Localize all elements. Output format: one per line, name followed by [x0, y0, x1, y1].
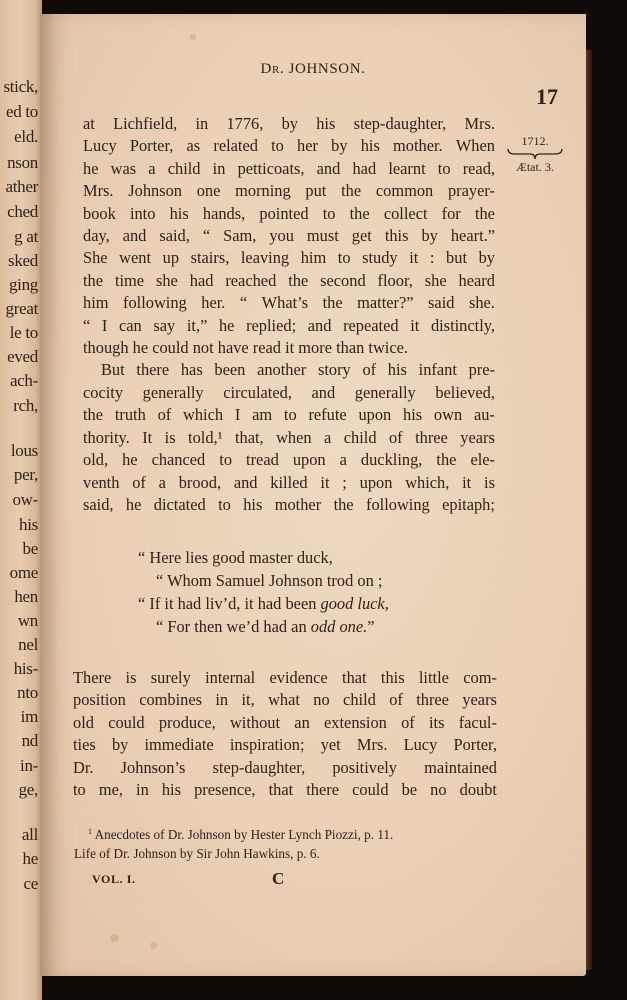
previous-page-text-fragment: rch,: [13, 397, 38, 414]
previous-page-text-fragment: he: [23, 850, 38, 867]
text-line: Thereissurelyinternalevidencethatthislit…: [73, 667, 497, 689]
previous-page-text-fragment: ed to: [6, 103, 38, 120]
running-head: DR. JOHNSON.: [40, 61, 586, 78]
margin-note-year: 1712.: [502, 134, 568, 148]
previous-page-text-fragment: ched: [7, 203, 38, 220]
previous-page-text-fragment: all: [22, 826, 38, 843]
paper-stain: [110, 934, 119, 942]
previous-page-text-fragment: lous: [11, 442, 38, 459]
previous-page-text-fragment: eld.: [14, 128, 38, 145]
margin-note-age: Ætat. 3.: [502, 160, 568, 174]
text-line: tiesbyimmediateinspiration;yetMrs.LucyPo…: [73, 734, 497, 756]
text-line: cocitygenerallycirculated,andgenerallybe…: [83, 382, 495, 404]
text-line: venthofabrood,andkilledit;uponwhich,itis: [83, 472, 495, 494]
text-line: himfollowingher.“What’sthematter?”saidsh…: [83, 292, 495, 314]
running-head-initial: D: [261, 61, 272, 77]
previous-page-text-fragment: nd: [22, 732, 38, 749]
footnote-2: Life of Dr. Johnson by Sir John Hawkins,…: [74, 844, 494, 863]
text-line: bookintohishands,pointedtothecollectfort…: [83, 203, 495, 225]
text-line: oldcouldproduce,withoutanextensionofitsf…: [73, 712, 497, 734]
previous-page-text-fragment: in-: [20, 757, 38, 774]
footnote-1: 1 Anecdotes of Dr. Johnson by Hester Lyn…: [74, 822, 494, 844]
previous-page-text-fragment: his: [19, 516, 38, 533]
previous-page-text-fragment: sked: [8, 252, 38, 269]
signature-row: VOL. I. C: [92, 869, 392, 891]
text-line: said,hedictatedtohismotherthefollowingep…: [83, 494, 495, 516]
previous-page-text-fragment: great: [6, 300, 38, 317]
previous-page-text-fragment: nel: [18, 636, 38, 653]
running-head-smallcap: R: [272, 64, 280, 76]
previous-page-text-fragment: ge,: [19, 781, 38, 798]
previous-page-text-fragment: ging: [9, 276, 38, 293]
previous-page-text-fragment: stick,: [3, 78, 38, 95]
text-line: though he could not have read it more th…: [83, 337, 495, 359]
previous-page-text-fragment: le to: [10, 324, 38, 341]
margin-note: 1712. Ætat. 3.: [502, 134, 568, 174]
previous-page-text-fragment: ce: [24, 875, 39, 892]
paragraph-3: Thereissurelyinternalevidencethatthislit…: [73, 667, 497, 801]
text-line: “Icansayit,”hereplied;andrepeateditdisti…: [83, 315, 495, 337]
text-line: day,andsaid,“Sam,youmustgetthisbyheart.”: [83, 225, 495, 247]
text-line: atLichfield,in1776,byhisstep-daughter,Mr…: [83, 113, 495, 135]
page-fore-edge: [586, 50, 592, 970]
verse-line: “ Whom Samuel Johnson trod on ;: [138, 569, 458, 592]
volume-label: VOL. I.: [92, 872, 136, 887]
text-line: Buttherehasbeenanotherstoryofhisinfantpr…: [83, 359, 495, 381]
previous-page-text-fragment: ather: [6, 178, 38, 195]
previous-page-text-fragment: ome: [10, 564, 38, 581]
previous-page-text-fragment: eved: [7, 348, 38, 365]
verse-line: “ Here lies good master duck,: [138, 546, 458, 569]
page-number: 17: [536, 84, 558, 110]
paper-stain: [150, 942, 157, 949]
text-line: LucyPorter,asrelatedtoherbyhismother.Whe…: [83, 135, 495, 157]
text-line: Dr.Johnson’sstep-daughter,positivelymain…: [73, 757, 497, 779]
text-line: thority.Itistold,¹that,whenachildofthree…: [83, 427, 495, 449]
previous-page-text-fragment: nson: [7, 154, 38, 171]
text-line: Shewentupstairs,leavinghimtostudyit:butb…: [83, 247, 495, 269]
text-line: positioncombinesinit,whatnochildofthreey…: [73, 689, 497, 711]
previous-page-text-fragment: hen: [14, 588, 38, 605]
previous-page-text-fragment: be: [23, 540, 38, 557]
text-line: Mrs.Johnsononemorningputthecommonprayer-: [83, 180, 495, 202]
previous-page-text-fragment: ach-: [10, 372, 38, 389]
previous-page-text-fragment: im: [21, 708, 38, 725]
signature-mark: C: [272, 869, 284, 889]
text-line: tome,inhispresence,thattherecouldbenodou…: [73, 779, 497, 801]
paragraph-1: atLichfield,in1776,byhisstep-daughter,Mr…: [83, 113, 495, 516]
previous-page-edge: stick,ed toeld.nsonatherchedg atskedging…: [0, 0, 42, 1000]
previous-page-text-fragment: ow-: [12, 491, 38, 508]
previous-page-text-fragment: g at: [14, 228, 38, 245]
previous-page-text-fragment: his-: [14, 660, 38, 677]
text-line: thetimeshehadreachedthesecondfloor,shehe…: [83, 270, 495, 292]
previous-page-text-fragment: per,: [14, 466, 38, 483]
text-line: old,hechancedtotreaduponaduckling,theele…: [83, 449, 495, 471]
text-line: hewasachildinpetticoats,andhadlearnttore…: [83, 158, 495, 180]
curly-brace-icon: [507, 148, 563, 160]
verse-line: “ For then we’d had an odd one.”: [138, 615, 458, 638]
verse-line: “ If it had liv’d, it had been good luck…: [138, 592, 458, 615]
footnotes: 1 Anecdotes of Dr. Johnson by Hester Lyn…: [74, 822, 494, 863]
book-page: DR. JOHNSON. 17 1712. Ætat. 3. atLichfie…: [40, 14, 586, 976]
paper-stain: [190, 34, 196, 40]
previous-page-text-fragment: nto: [17, 684, 38, 701]
text-line: thetruthofwhichIamtorefuteuponhisownau-: [83, 404, 495, 426]
running-head-text: . JOHNSON.: [280, 61, 366, 77]
epitaph-verse: “ Here lies good master duck, “ Whom Sam…: [138, 546, 458, 638]
previous-page-text-fragment: wn: [18, 612, 38, 629]
